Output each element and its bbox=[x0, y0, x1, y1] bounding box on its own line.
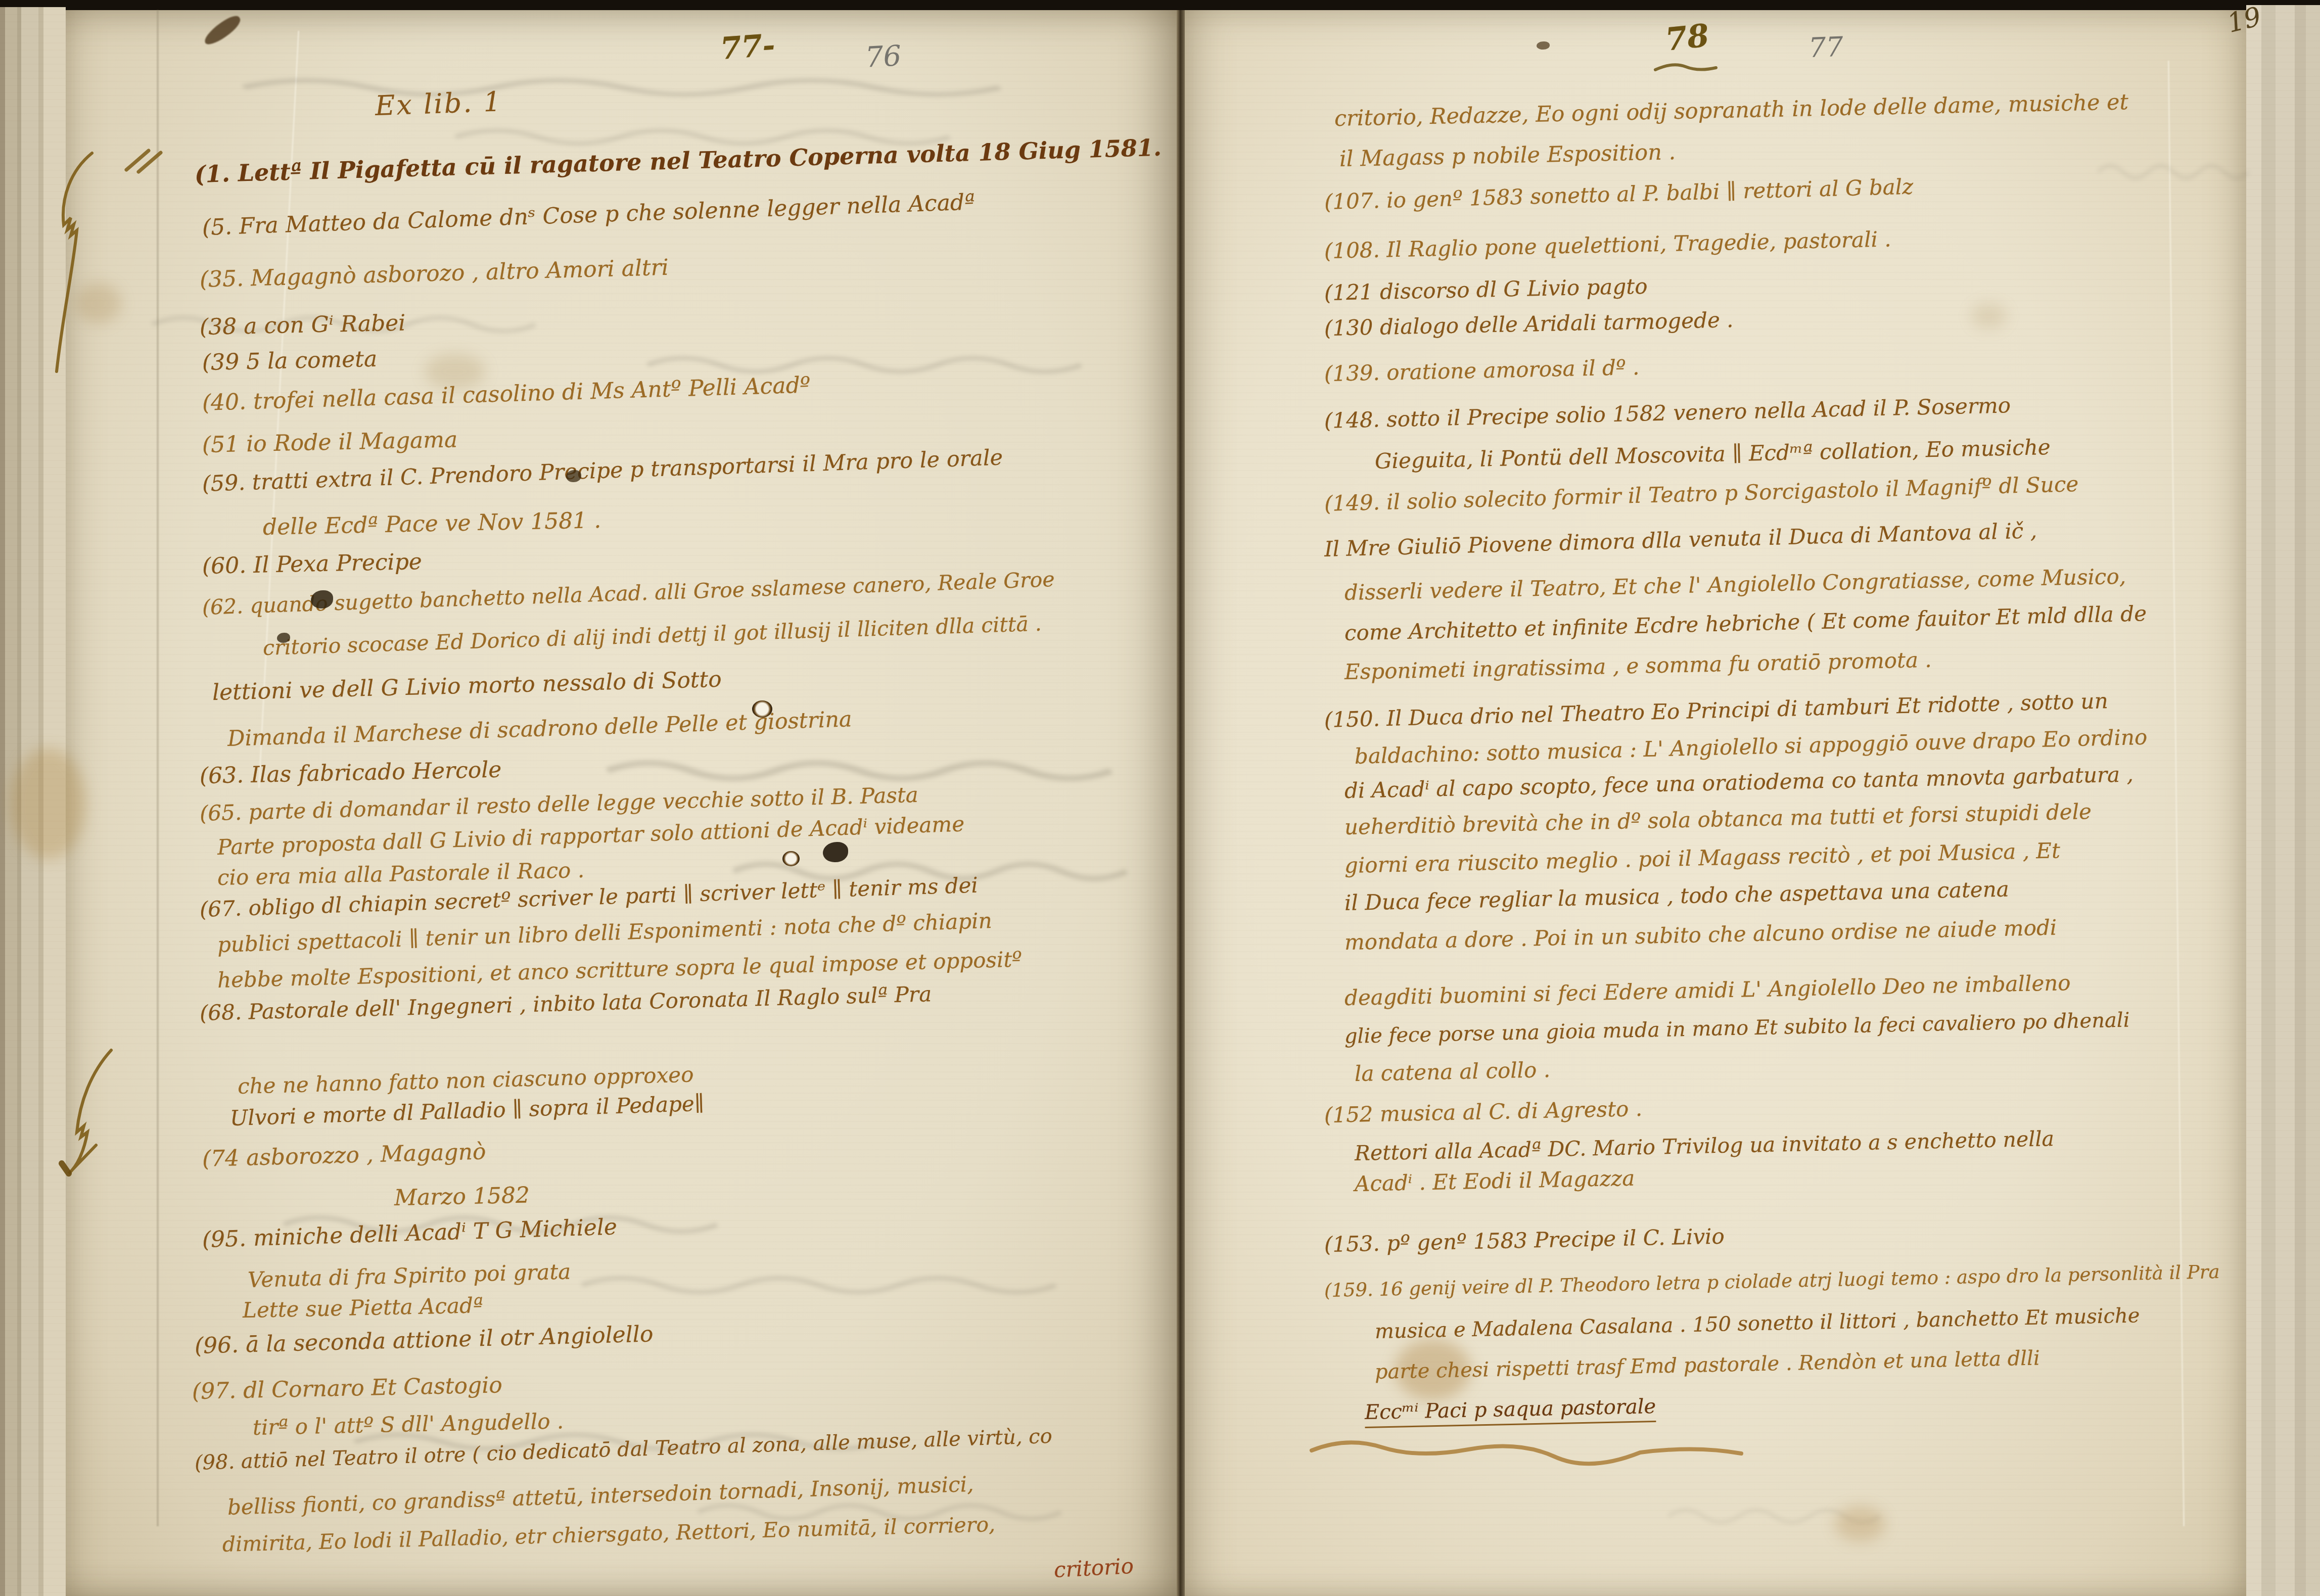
left-page-number-ink: 77- bbox=[719, 28, 776, 67]
right-page-stack-edges bbox=[2246, 5, 2320, 1596]
margin-quill-flourish-icon bbox=[47, 1046, 122, 1188]
manuscript-line: Lette sue Pietta Acadª bbox=[242, 1293, 483, 1323]
right-page-number-ink: 78 bbox=[1663, 17, 1710, 58]
paper-hole bbox=[782, 851, 800, 866]
page-number-flourish bbox=[1653, 61, 1719, 76]
open-book-spread: 77- 76 78 77 19 Ex lib. 1 (1. Lettª Il P… bbox=[0, 0, 2320, 1596]
manuscript-line: (51 io Rode il Magama bbox=[202, 427, 457, 458]
margin-quill-flourish-icon bbox=[39, 149, 105, 382]
manuscript-line: (60. Il Pexa Precipe bbox=[202, 549, 422, 579]
book-gutter-fold bbox=[1177, 10, 1185, 1596]
left-page-number-pencil: 76 bbox=[864, 39, 902, 74]
manuscript-line: la catena al collo . bbox=[1354, 1057, 1550, 1086]
right-page-number-pencil: 77 bbox=[1808, 31, 1844, 64]
paper-hole bbox=[752, 700, 772, 718]
paper-crease bbox=[157, 10, 159, 1526]
paper-crease bbox=[2168, 61, 2185, 1526]
catchword: critorio bbox=[1053, 1554, 1134, 1582]
manuscript-photo: { "document": { "type": "manuscript-two-… bbox=[0, 0, 2320, 1596]
margin-double-stroke-icon bbox=[121, 146, 167, 176]
manuscript-line: Marzo 1582 bbox=[394, 1182, 530, 1211]
manuscript-line: (39 5 la cometa bbox=[202, 346, 377, 375]
section-title: Ex lib. 1 bbox=[375, 85, 503, 122]
manuscript-line: (38 a con Gⁱ Rabei bbox=[199, 310, 405, 340]
end-flourish-line bbox=[1309, 1435, 1744, 1466]
